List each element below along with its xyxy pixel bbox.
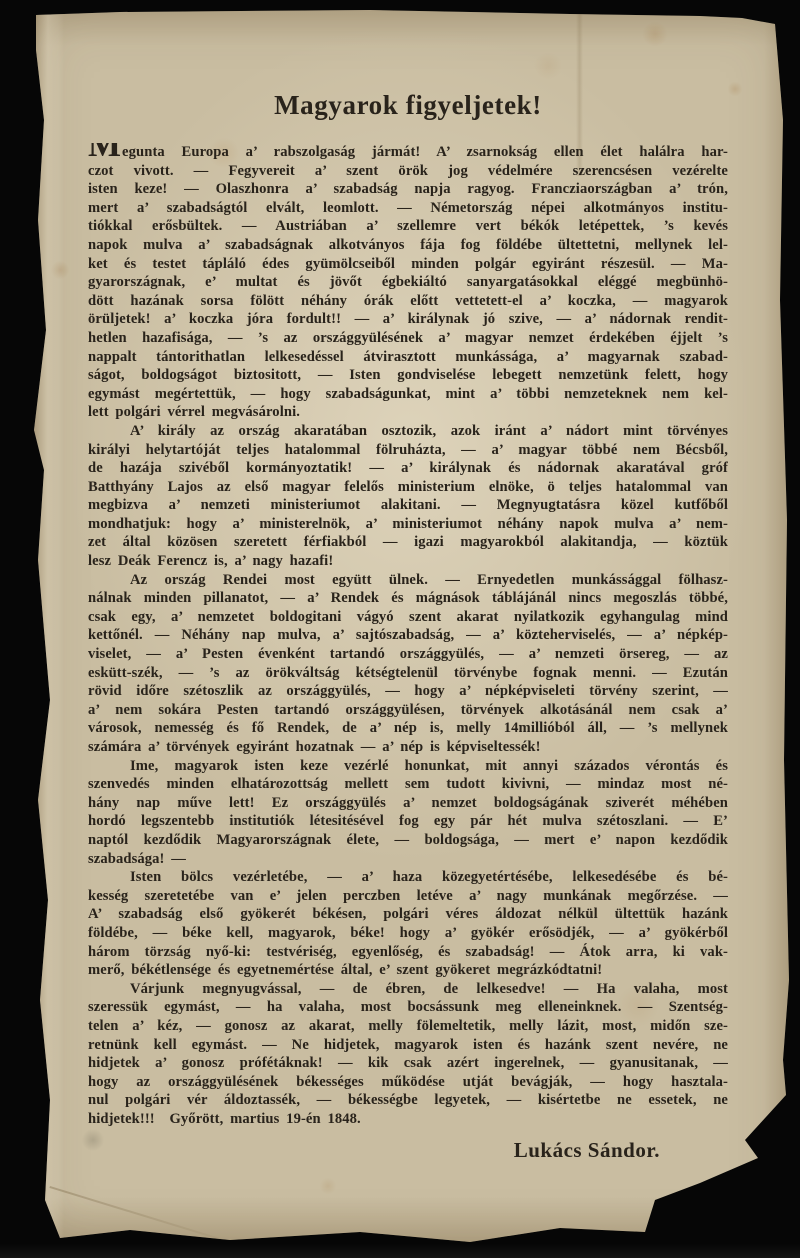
paragraph: Isten bölcs vezérletébe, — a’ haza közeg… bbox=[88, 868, 728, 980]
text-line: három törzság nyő-ki: testvériség, egyen… bbox=[88, 943, 728, 962]
text-line: királyi helytartóját teljes hatalommal f… bbox=[88, 441, 728, 460]
text-line: kesség szeretetébe van e’ jelen perczben… bbox=[88, 887, 728, 906]
text-line: zet által közösen szeretett férfiakból —… bbox=[88, 533, 728, 552]
text-line: szeressük egymást, — ha valaha, most boc… bbox=[88, 998, 728, 1017]
paragraph: Megunta Europa a’ rabszolgaság jármát! A… bbox=[88, 143, 728, 422]
paragraph: Várjunk megnyugvással, — de ébren, de le… bbox=[88, 980, 728, 1129]
text-line: megbizva a’ nemzeti ministeriumot alakit… bbox=[88, 496, 728, 515]
text-line: nappalt tántorithatlan lelkesedéssel átv… bbox=[88, 348, 728, 367]
text-line: Ime, magyarok isten keze vezérlé honunka… bbox=[88, 757, 728, 776]
document-body: Magyarok figyeljetek! Megunta Europa a’ … bbox=[88, 6, 728, 1163]
text-line: gyarországnak, e’ multat és jövőt égbeki… bbox=[88, 273, 728, 292]
text-line: szabadsága! — bbox=[88, 850, 728, 869]
text-line: dött hazának sorsa fölött néhány órák el… bbox=[88, 292, 728, 311]
text-line: hidjetek a’ gonosz prófétáknak! — kik cs… bbox=[88, 1054, 728, 1073]
text-line: hetlen hazafisága, — ’s az országgyülésé… bbox=[88, 329, 728, 348]
signature: Lukács Sándor. bbox=[88, 1138, 728, 1163]
text-line: Batthyány Lajos az első magyar felelős m… bbox=[88, 478, 728, 497]
text-line: tiókkal erősbültek. — Austriában a’ szel… bbox=[88, 217, 728, 236]
text-line: számára a’ törvények egyiránt hozatnak —… bbox=[88, 738, 728, 757]
text-line: naptól kezdődik Magyarországnak élete, —… bbox=[88, 831, 728, 850]
text-line: merő, békétlensége és egyetnemértése ált… bbox=[88, 961, 728, 980]
text-line: telen a’ kéz, — gonosz az akarat, melly … bbox=[88, 1017, 728, 1036]
paper-fold-highlight bbox=[28, 6, 68, 1252]
text-line: hogy az országgyülésének békességes műkö… bbox=[88, 1073, 728, 1092]
text-line: A’ király az ország akaratában osztozik,… bbox=[88, 422, 728, 441]
text-line: nálnak minden pillanatot, — a’ Rendek és… bbox=[88, 589, 728, 608]
text-line: nul polgári vér áldoztassék, — békességb… bbox=[88, 1091, 728, 1110]
text-line: a’ nem sokára Pesten tartandó országgyül… bbox=[88, 701, 728, 720]
text-line: csak egy, a’ nemzetet boldogitani vágyó … bbox=[88, 608, 728, 627]
text-line: örüljetek! a’ koczka jóra fordult!! — a’… bbox=[88, 310, 728, 329]
text-line: egymást megértettük, — hogy szabadságunk… bbox=[88, 385, 728, 404]
text-line: kettőnél. — Néhány nap mulva, a’ sajtósz… bbox=[88, 626, 728, 645]
paper-sheet: Magyarok figyeljetek! Megunta Europa a’ … bbox=[28, 6, 792, 1252]
text-line: napok mulva a’ szabadságnak alkotványos … bbox=[88, 236, 728, 255]
text-line: Az ország Rendei most együtt ülnek. — Er… bbox=[88, 571, 728, 590]
text-line: hány nap műve lett! Ez országgyülés a’ n… bbox=[88, 794, 728, 813]
paragraph: Az ország Rendei most együtt ülnek. — Er… bbox=[88, 571, 728, 757]
text-line: szenvedés minden elhatározottság mellett… bbox=[88, 775, 728, 794]
text-line: rövid időre szétoszlik az országgyülés, … bbox=[88, 682, 728, 701]
paragraphs-container: Megunta Europa a’ rabszolgaság jármát! A… bbox=[88, 143, 728, 1128]
text-line: viselet, — a’ Pesten évenként tartandó o… bbox=[88, 645, 728, 664]
text-line: Megunta Europa a’ rabszolgaság jármát! A… bbox=[88, 143, 728, 162]
scan-background: { "window": { "background_color": "#0606… bbox=[0, 0, 800, 1258]
paragraph: A’ király az ország akaratában osztozik,… bbox=[88, 422, 728, 571]
text-line: retnünk kell egymást. — Ne hidjetek, mag… bbox=[88, 1036, 728, 1055]
text-line: isten keze! — Olaszhonra a’ szabadság na… bbox=[88, 180, 728, 199]
drop-cap: M bbox=[88, 143, 122, 162]
text-line: de hazája szivéből kormányoztatik! — a’ … bbox=[88, 459, 728, 478]
text-line: A’ szabadság első gyökerét békésen, polg… bbox=[88, 905, 728, 924]
text-line: eskütt-szék, — ’s az örökváltság kétségt… bbox=[88, 664, 728, 683]
text-line: városok, nemesség és fő Rendek, de a’ né… bbox=[88, 719, 728, 738]
paragraph: Ime, magyarok isten keze vezérlé honunka… bbox=[88, 757, 728, 869]
text-line: mondhatjuk: hogy a’ ministerelnök, a’ mi… bbox=[88, 515, 728, 534]
document-title: Magyarok figyeljetek! bbox=[88, 90, 728, 121]
text-line: hidjetek!!! Győrött, martius 19-én 1848. bbox=[88, 1110, 728, 1129]
text-line: mert a’ szabadságtól elvált, leomlott. —… bbox=[88, 199, 728, 218]
text-line: Isten bölcs vezérletébe, — a’ haza közeg… bbox=[88, 868, 728, 887]
text-line: földébe, — béke kell, magyarok, béke! ho… bbox=[88, 924, 728, 943]
text-line: czot vivott. — Fegyvereit a’ szent örök … bbox=[88, 162, 728, 181]
text-line: hordó legszentebb institutiók létesitésé… bbox=[88, 812, 728, 831]
text-line: ságot, boldogságot biztositott, — Isten … bbox=[88, 366, 728, 385]
text-line: lett polgári vérrel megvásárolni. bbox=[88, 403, 728, 422]
text-line: lesz Deák Ferencz is, a’ nagy hazafi! bbox=[88, 552, 728, 571]
text-line: ket és testet tápláló édes gyümölcseiből… bbox=[88, 255, 728, 274]
text-line: Várjunk megnyugvással, — de ébren, de le… bbox=[88, 980, 728, 999]
